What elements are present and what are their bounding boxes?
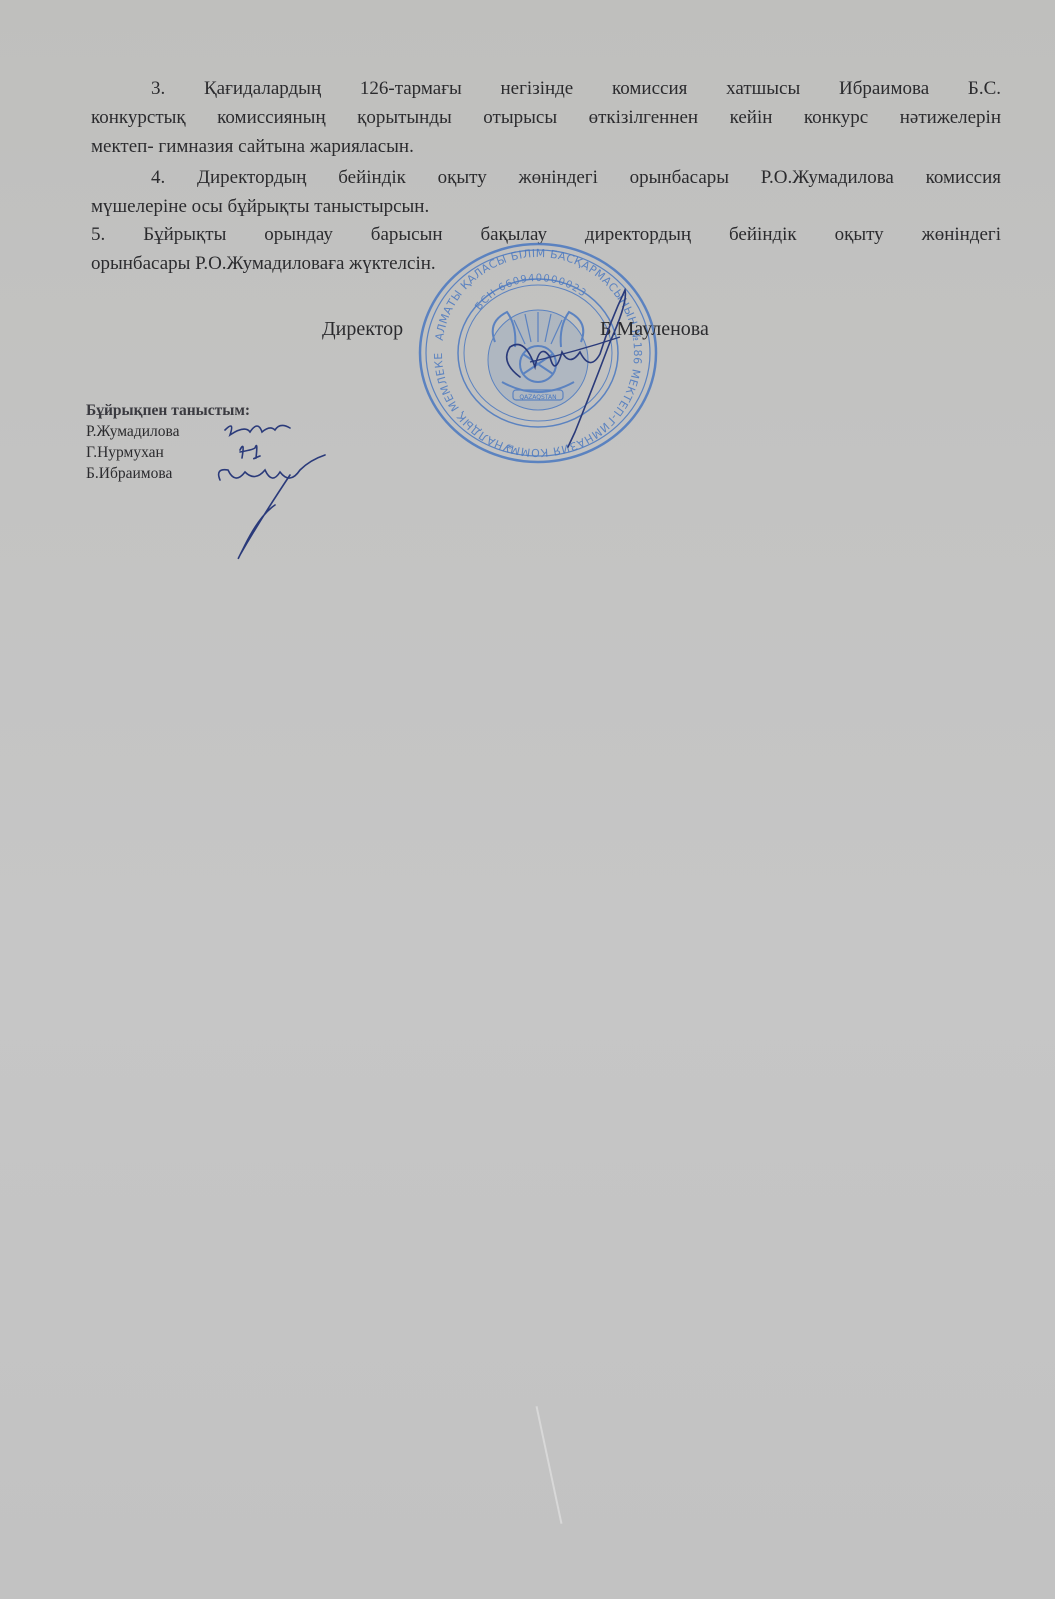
acknowledgement-signatures bbox=[200, 410, 340, 570]
signatory-title: Директор bbox=[322, 318, 403, 341]
paragraph-item-3: 3. Қағидалардың 126-тармағы негізінде ко… bbox=[91, 74, 1001, 161]
document-page: 3. Қағидалардың 126-тармағы негізінде ко… bbox=[0, 0, 1055, 1599]
paragraph-line: 4. Директордың бейіндік оқыту жөніндегі … bbox=[91, 163, 1001, 192]
paragraph-line: мүшелеріне осы бұйрықты таныстырсын. bbox=[91, 192, 1001, 221]
paragraph-item-4: 4. Директордың бейіндік оқыту жөніндегі … bbox=[91, 163, 1001, 221]
paragraph-line: 3. Қағидалардың 126-тармағы негізінде ко… bbox=[91, 74, 1001, 103]
paragraph-line: конкурстық комиссияның қорытынды отырысы… bbox=[91, 103, 1001, 132]
paragraph-line: мектеп- гимназия сайтына жарияласын. bbox=[91, 132, 1001, 161]
director-signature bbox=[480, 282, 640, 452]
paper-crease bbox=[536, 1406, 563, 1524]
